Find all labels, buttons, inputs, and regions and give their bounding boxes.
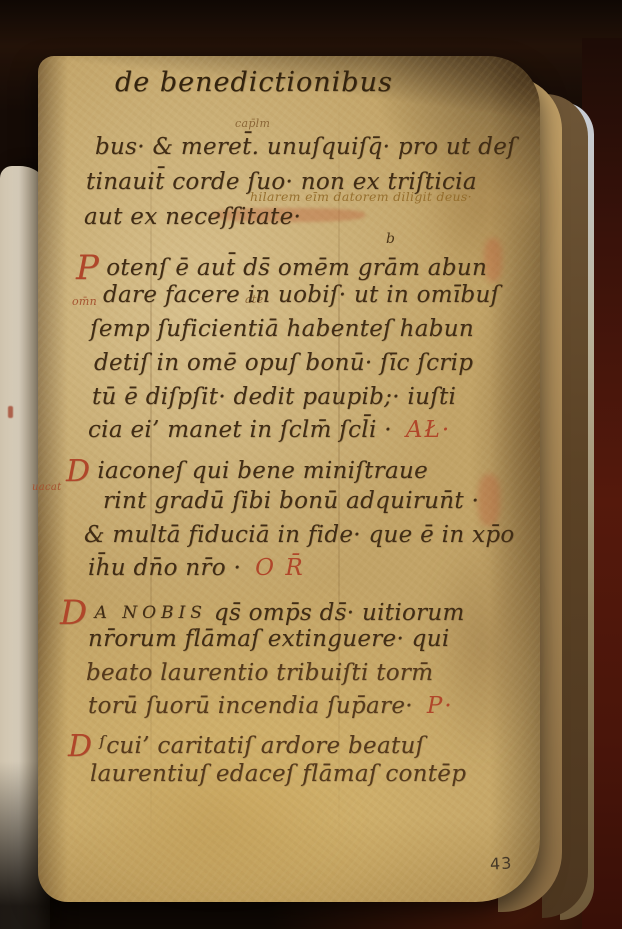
margin-red-smudge-lower — [478, 474, 500, 526]
line-text: & multā fiduciā in fide· que ē in xp̄o — [84, 522, 515, 548]
line-text: nr̄orum flāmaſ extinguere· qui — [88, 626, 449, 652]
vacat-note: uacat — [32, 483, 61, 493]
text-line: tū ē diſpſit· dedit paupib;· iuſti — [92, 386, 456, 409]
line-text: ſemp ſuficientiā habenteſ habun — [90, 316, 474, 342]
text-line: dare facere in uobiſ· ut in omībuſ — [103, 284, 499, 307]
text-line: ih̄u dn̄o nr̄o ·O R̄ — [88, 557, 305, 580]
text-line: ſemp ſuficientiā habenteſ habun — [90, 318, 474, 341]
line-text: iaconeſ qui bene miniſtraue — [97, 458, 428, 484]
text-line: laurentiuſ edaceſ flāmaſ contēp — [90, 763, 466, 786]
line-text: cui’ caritatiſ ardore beatuſ — [106, 733, 424, 759]
rubric-per-mark: P· — [427, 693, 454, 719]
text-line: Dſcui’ caritatiſ ardore beatuſ — [68, 729, 424, 759]
text-line: rint gradū ſibi bonū adquirun̄t · — [103, 490, 479, 513]
text-line: DA NOBISqs̄ omp̄s ds̄· uitiorum — [60, 592, 465, 626]
text-line: aut ex neceſſitate· — [84, 206, 301, 229]
page-heading: de benedictionibus — [115, 68, 393, 98]
line-text: aut ex neceſſitate· — [84, 204, 301, 230]
manuscript-photo-scene: de benedictionibus cap̄lm hilarem eīm da… — [0, 0, 622, 929]
rubric-initial-D: D — [66, 454, 90, 489]
line-text: ih̄u dn̄o nr̄o · — [88, 555, 241, 581]
line-text: qs̄ omp̄s ds̄· uitiorum — [214, 600, 465, 626]
line-text: cia ei’ manet in ſclm̄ ſcl̄i · — [88, 417, 392, 443]
line-text: rint gradū ſibi bonū adquirun̄t · — [103, 488, 479, 514]
line-text: dare facere in uobiſ· ut in omībuſ — [103, 282, 499, 308]
text-line: beato laurentio tribuiſti torm̄ — [86, 662, 433, 685]
text-line: cia ei’ manet in ſclm̄ ſcl̄i ·AŁ· — [88, 419, 451, 442]
display-capitals: A NOBIS — [95, 603, 207, 623]
text-line: torū ſuorū incendia ſup̄are·P· — [88, 695, 454, 718]
text-line: Diaconeſ qui bene miniſtraue — [66, 454, 428, 484]
text-line: nr̄orum flāmaſ extinguere· qui — [88, 628, 449, 651]
text-line: Potenſ ē aut̄ ds̄ omēm grām abun — [76, 247, 487, 281]
line-text: tū ē diſpſit· dedit paupib;· iuſti — [92, 384, 456, 410]
gloss-omn: om̄n — [72, 296, 97, 307]
text-line: bus· & meret̄. unuſquiſq̄· pro ut deſ — [95, 136, 516, 159]
text-line: & multā fiduciā in fide· que ē in xp̄o — [84, 524, 515, 547]
line-text: torū ſuorū incendia ſup̄are· — [88, 693, 413, 719]
line-text: tinauit̄ corde ſuo· non ex triſticia — [86, 169, 477, 195]
line-text: otenſ ē aut̄ ds̄ omēm grām abun — [106, 255, 487, 281]
rubric-initial-D: D — [60, 593, 88, 633]
chapter-gloss: cap̄lm — [235, 118, 270, 129]
rubric-alleluia-mark: AŁ· — [406, 417, 451, 443]
folio-number: 43 — [490, 853, 513, 873]
line-text: detiſ in omē opuſ bonū· ſīc ſcrip — [94, 350, 473, 376]
superscript-s: ſ — [99, 732, 105, 750]
facing-page-red-mark — [8, 406, 13, 418]
text-line: detiſ in omē opuſ bonū· ſīc ſcrip — [94, 352, 473, 375]
line-text: bus· & meret̄. unuſquiſq̄· pro ut deſ — [95, 134, 516, 160]
line-text: beato laurentio tribuiſti torm̄ — [86, 660, 433, 686]
rubric-initial-P: P — [76, 248, 99, 288]
text-line: tinauit̄ corde ſuo· non ex triſticia — [86, 171, 477, 194]
rubric-oratio-mark: O R̄ — [255, 555, 304, 581]
superscript-correction: b — [386, 232, 395, 246]
rubric-initial-D: D — [68, 729, 92, 764]
manuscript-page: de benedictionibus cap̄lm hilarem eīm da… — [38, 56, 540, 902]
line-text: laurentiuſ edaceſ flāmaſ contēp — [90, 761, 466, 787]
